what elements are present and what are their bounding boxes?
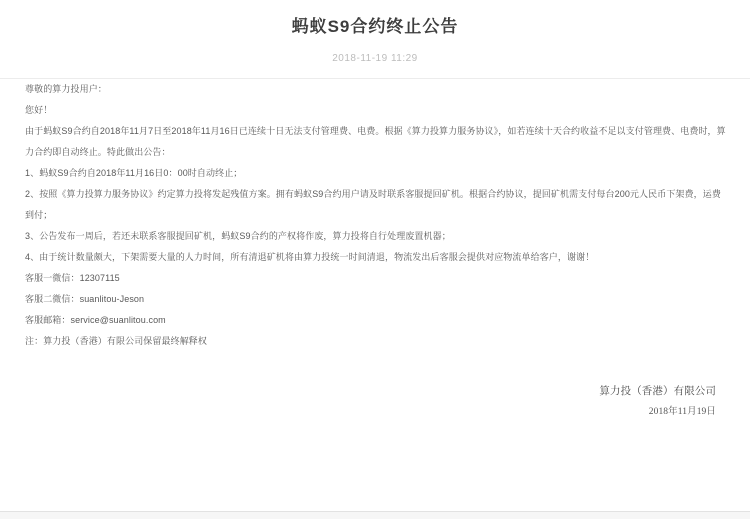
page-title: 蚂蚁S9合约终止公告 (0, 15, 750, 39)
page-bottom-strip (0, 512, 750, 519)
signature-date: 2018年11月19日 (25, 402, 716, 422)
announcement-item-4: 4、由于统计数量颇大，下架需要大量的人力时间，所有清退矿机将由算力投统一时间清退… (25, 247, 728, 268)
greeting: 您好！ (25, 100, 728, 121)
announcement-item-3: 3、公告发布一周后，若还未联系客服提回矿机，蚂蚁S9合约的产权将作废，算力投将自… (25, 226, 728, 247)
salutation: 尊敬的算力投用户： (25, 79, 728, 100)
announcement-item-1: 1、蚂蚁S9合约自2018年11月16日0：00时自动终止； (25, 163, 728, 184)
contact-email: 客服邮箱：service@suanlitou.com (25, 310, 728, 331)
announcement-page: 蚂蚁S9合约终止公告 2018-11-19 11:29 尊敬的算力投用户： 您好… (0, 0, 750, 519)
contact-wechat-2: 客服二微信：suanlitou-Jeson (25, 289, 728, 310)
announcement-item-2: 2、按照《算力投算力服务协议》约定算力投将发起残值方案。拥有蚂蚁S9合约用户请及… (25, 184, 728, 226)
intro-paragraph: 由于蚂蚁S9合约自2018年11月7日至2018年11月16日已连续十日无法支付… (25, 121, 728, 163)
announcement-body: 尊敬的算力投用户： 您好！ 由于蚂蚁S9合约自2018年11月7日至2018年1… (0, 79, 750, 422)
announcement-header: 蚂蚁S9合约终止公告 2018-11-19 11:29 (0, 0, 750, 64)
contact-wechat-1: 客服一微信：12307115 (25, 268, 728, 289)
publish-date: 2018-11-19 11:29 (0, 53, 750, 64)
signature-block: 算力投（香港）有限公司 2018年11月19日 (25, 382, 728, 422)
note: 注：算力投（香港）有限公司保留最终解释权 (25, 331, 728, 352)
signature-company: 算力投（香港）有限公司 (25, 382, 716, 402)
